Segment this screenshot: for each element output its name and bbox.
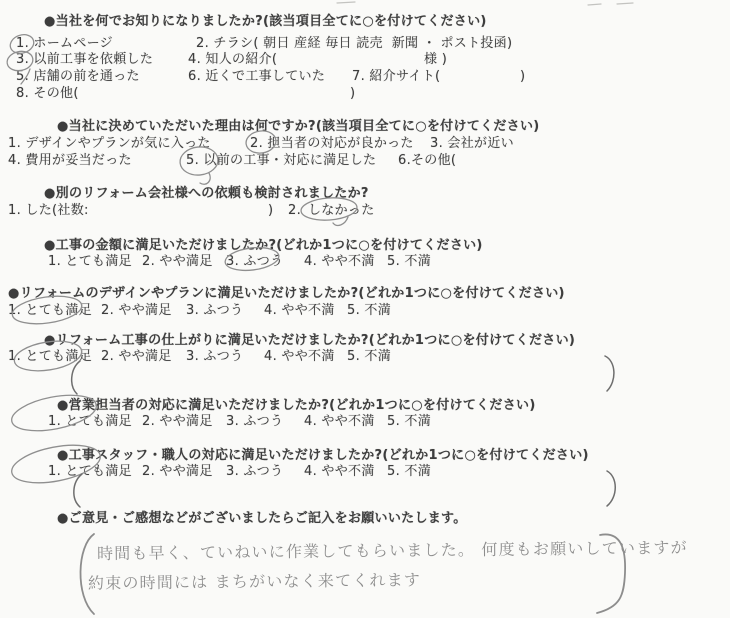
q1-option-7: 7. 紹介サイト( [352, 69, 440, 84]
q6-scale-3: 3. ふつう [186, 349, 243, 364]
q5-heading: ●リフォームのデザインやプランに満足いただけましたか?(どれか1つに○を付けてく… [8, 286, 565, 301]
q4-scale-4: 4. やや不満 [304, 254, 375, 269]
q2-option-2: 2. 担当者の対応が良かった [250, 136, 414, 151]
q7-scale-5: 5. 不満 [387, 414, 431, 429]
q1-option-8: 8. その他( [16, 86, 79, 101]
scan-artifact [588, 4, 601, 5]
q8-scale-2: 2. やや満足 [142, 464, 213, 479]
q7-heading: ●営業担当者の対応に満足いただけましたか?(どれか1つに○を付けてください) [57, 398, 536, 413]
q8-scale-3: 3. ふつう [226, 464, 283, 479]
q2-option-5: 5. 以前の工事・対応に満足した [186, 153, 376, 168]
q3-option-1: 1. した(社数: [8, 203, 89, 218]
q5-scale-1: 1. とても満足 [8, 303, 92, 318]
q1-option-3: 3. 以前工事を依頼した [16, 52, 153, 67]
q1-option-2: 2. チラシ( 朝日 産経 毎日 読売 新聞 ・ ポスト投函) [196, 36, 512, 51]
q1-option-8-close: ) [350, 86, 355, 101]
scan-artifact [617, 3, 633, 4]
q6-scale-4: 4. やや不満 [264, 349, 335, 364]
q3-option-1-close: ) [268, 203, 273, 218]
q3-heading: ●別のリフォーム会社様への依頼も検討されましたか? [44, 186, 369, 201]
handwritten-comment-line-1: 時間も早く、ていねいに作業してもらいました。 何度もお願いしていますが [97, 538, 688, 564]
circle-mark-q3-tail [333, 217, 348, 225]
survey-sheet: ●当社を何でお知りになりましたか?(該当項目全てに○を付けてください) 1. ホ… [0, 0, 730, 618]
q9-heading: ●ご意見・ご感想などがございましたらご記入をお願いいたします。 [57, 511, 467, 526]
q8-scale-4: 4. やや不満 [304, 464, 375, 479]
q6-heading: ●リフォーム工事の仕上がりに満足いただけましたか?(どれか1つに○を付けてくださ… [44, 333, 575, 348]
q4-scale-5: 5. 不満 [387, 254, 431, 269]
q4-scale-3: 3. ふつう [226, 254, 283, 269]
q1-option-1: 1. ホームページ [16, 36, 113, 51]
q2-option-6: 6.その他( [398, 153, 456, 168]
q5-scale-4: 4. やや不満 [264, 303, 335, 318]
q6-comment-bracket-right [605, 356, 614, 391]
q5-scale-5: 5. 不満 [347, 303, 391, 318]
q6-comment-bracket-left [72, 361, 80, 394]
q7-scale-1: 1. とても満足 [48, 414, 132, 429]
q6-scale-1: 1. とても満足 [8, 349, 92, 364]
q2-heading: ●当社に決めていただいた理由は何ですか?(該当項目全てに○を付けてください) [57, 119, 540, 134]
circle-mark-q2-tail [200, 173, 210, 184]
q1-option-4: 4. 知人の紹介( [188, 52, 277, 67]
q8-heading: ●工事スタッフ・職人の対応に満足いただけましたか?(どれか1つに○を付けてくださ… [57, 448, 589, 463]
q4-heading: ●工事の金額に満足いただけましたか?(どれか1つに○を付けてください) [44, 238, 483, 253]
q2-option-4: 4. 費用が妥当だった [8, 153, 132, 168]
q1-option-5: 5. 店舗の前を通った [16, 69, 140, 84]
q4-scale-2: 2. やや満足 [142, 254, 213, 269]
q6-scale-5: 5. 不満 [347, 349, 391, 364]
q2-option-3: 3. 会社が近い [430, 136, 514, 151]
q5-scale-2: 2. やや満足 [101, 303, 172, 318]
q3-option-2: しなかった [308, 203, 375, 218]
scan-artifact [337, 2, 355, 3]
q5-scale-3: 3. ふつう [186, 303, 243, 318]
handwritten-comment-line-2: 約束の時間には まちがいなく来てくれます [88, 570, 421, 593]
q4-scale-1: 1. とても満足 [48, 254, 132, 269]
q7-scale-3: 3. ふつう [226, 414, 283, 429]
q1-option-7-close: ) [520, 69, 525, 84]
q1-heading: ●当社を何でお知りになりましたか?(該当項目全てに○を付けてください) [44, 14, 487, 29]
q3-option-2-number: 2. [288, 203, 301, 218]
q8-scale-5: 5. 不満 [387, 464, 431, 479]
q1-option-4-suffix: 様 ) [424, 52, 447, 67]
q6-scale-2: 2. やや満足 [101, 349, 172, 364]
q8-scale-1: 1. とても満足 [48, 464, 132, 479]
q1-option-6: 6. 近くで工事していた [188, 69, 325, 84]
q8-comment-bracket-right [607, 471, 615, 506]
q2-option-1: 1. デザインやプランが気に入った [8, 136, 211, 151]
q7-scale-2: 2. やや満足 [142, 414, 213, 429]
circle-mark-q7-option-1 [9, 389, 100, 437]
q7-scale-4: 4. やや不満 [304, 414, 375, 429]
